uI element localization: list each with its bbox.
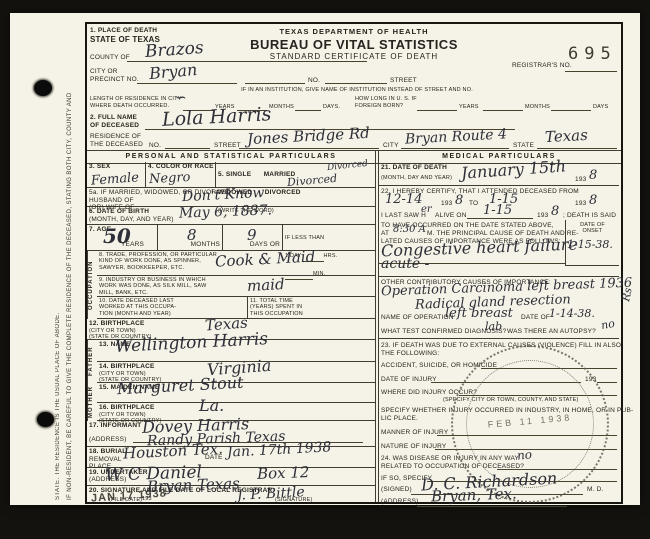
row-industry: 9. INDUSTRY OR BUSINESS IN WHICH WORK WA… <box>97 276 375 297</box>
length-residence-label1: LENGTH OF RESIDENCE IN CITY <box>90 96 182 102</box>
from-year: 8 <box>455 193 463 208</box>
fullname-label2: OF DECEASED <box>90 122 139 130</box>
lastsaw-value: 1-15 <box>483 203 512 218</box>
md-label: M. D. <box>587 486 604 494</box>
signed-address-value: Bryan, Tex. <box>431 485 517 506</box>
res-months-label: MONTHS <box>269 104 294 110</box>
us-long-label1: HOW LONG IN U. S. IF <box>355 96 417 102</box>
res-state-value: Texas <box>545 126 589 146</box>
res-street-label: STREET <box>214 142 241 150</box>
scanned-death-certificate: STATE. THE RESIDENCE IS THE USUAL PLACE … <box>0 0 650 539</box>
residence-label1: RESIDENCE OF <box>90 133 141 141</box>
injury-date-label: DATE OF INJURY <box>381 376 437 384</box>
dod-label1: 21. DATE OF DEATH <box>381 164 447 172</box>
lastsaw-er: er <box>421 204 432 215</box>
less-than-label1: IF LESS THAN <box>285 235 324 241</box>
undertaker-address-value: Bryan Texas <box>147 474 240 495</box>
industry-label3: MILL, BANK, ETC. <box>99 290 373 296</box>
from-193: 193 <box>441 200 452 208</box>
us-days-label: DAYS <box>593 104 608 110</box>
precinct-label: PRECINCT NO. <box>90 76 139 84</box>
dob-value: May 6, 1887. <box>179 202 272 221</box>
autopsy-value: no <box>600 317 616 332</box>
house-no-label: NO. <box>308 77 320 85</box>
age-days-value: 9 <box>247 226 257 244</box>
cause2-value: acute - <box>381 256 429 272</box>
to-year: 8 <box>589 193 597 208</box>
totaltime-cell: 11. TOTAL TIME (YEARS) SPENT IN THIS OCC… <box>247 297 375 318</box>
occupation-strip-label: OCCUPATION <box>87 251 97 319</box>
county-value: Brazos <box>144 38 204 62</box>
undertaker-box-value: Box 12 <box>257 463 310 483</box>
res-days-line <box>295 103 321 111</box>
age-value: 50 <box>103 224 131 248</box>
test-value: lab <box>485 320 502 333</box>
test-rule <box>379 338 619 339</box>
street-blank-line <box>325 76 387 84</box>
dod-year: 8 <box>589 168 597 183</box>
to-193: 193 <box>575 200 586 208</box>
registrar-no-line <box>565 64 617 72</box>
lastsaw-label1: I LAST SAW H <box>381 212 426 220</box>
signed-label: (SIGNED) <box>381 486 412 494</box>
mother-strip-label: MOTHER <box>87 383 97 421</box>
residence-label2: THE DECEASED <box>90 141 143 149</box>
county-label: COUNTY OF <box>90 54 130 62</box>
signed-address-label: (ADDRESS) <box>381 498 419 506</box>
attended-from-value: 12-14 <box>385 192 422 207</box>
margin-note-line1: IF NON-RESIDENT, BE CAREFUL TO GIVE THE … <box>67 92 73 500</box>
residence-length-scribble: ∽ <box>175 90 187 106</box>
us-days-line <box>551 103 591 111</box>
res-days-label: DAYS. <box>323 104 340 110</box>
lastsaw-year: 8 <box>551 204 559 219</box>
medical-column: 21. DATE OF DEATH (MONTH, DAY AND YEAR) … <box>379 162 619 502</box>
autopsy-label: WAS THERE AN AUTOPSY? <box>507 328 596 336</box>
mother-bp-label1: 16. BIRTHPLACE <box>99 404 373 412</box>
lastsaw-label2: ALIVE ON <box>435 212 467 220</box>
dept-title: TEXAS DEPARTMENT OF HEALTH <box>234 28 474 37</box>
certificate-title: STANDARD CERTIFICATE OF DEATH <box>234 52 474 61</box>
house-no-blank-line <box>245 76 305 84</box>
medical-section-title: MEDICAL PARTICULARS <box>377 153 621 160</box>
age-months-value: 8 <box>187 226 197 244</box>
to-label: TO <box>469 200 478 208</box>
us-months-label: MONTHS <box>525 104 550 110</box>
operation-value: left breast <box>445 306 513 321</box>
specify-label2: LIC PLACE. <box>381 415 418 423</box>
at-value: 8:30 A <box>393 224 426 235</box>
place-of-death-label: 1. PLACE OF DEATH <box>90 27 157 35</box>
injury-year-line <box>597 375 617 383</box>
length-residence-label2: WHERE DEATH OCCURRED. <box>90 103 169 109</box>
dod-rule <box>379 185 619 186</box>
margin-note: STATE. THE RESIDENCE IS THE USUAL PLACE … <box>52 24 78 500</box>
lastsaw-label3: ; DEATH IS SAID <box>563 212 616 220</box>
bureau-title: BUREAU OF VITAL STATISTICS <box>219 37 489 52</box>
informant-address-label: (ADDRESS) <box>89 436 127 444</box>
registrar-no-value: 695 <box>568 44 617 64</box>
opdate-value: 1-14-38. <box>549 307 595 320</box>
us-long-label2: FOREIGN BORN? <box>355 103 403 109</box>
city-or-label: CITY OR <box>90 68 118 76</box>
fullname-label1: 2. FULL NAME <box>90 114 137 122</box>
res-no-line <box>165 141 210 149</box>
mother-bp-value: La. <box>199 396 224 415</box>
dod-label2: (MONTH, DAY AND YEAR) <box>381 175 452 181</box>
external-label1: 23. IF DEATH WAS DUE TO EXTERNAL CAUSES … <box>381 342 621 350</box>
external-label2: THE FOLLOWING: <box>381 350 439 358</box>
res-city-label: CITY <box>383 142 399 150</box>
opdate-label: DATE OF <box>521 314 550 322</box>
us-years-line <box>417 103 457 111</box>
age-less-cell: IF LESS THAN 1 DAYHRS. MIN. <box>282 225 375 250</box>
disease-value: no <box>516 447 532 462</box>
institution-note: IF IN AN INSTITUTION, GIVE NAME OF INSTI… <box>207 87 507 93</box>
street-label: STREET <box>390 77 417 85</box>
at-label: AT <box>381 230 389 238</box>
us-months-line <box>483 103 523 111</box>
certificate-form: 1. PLACE OF DEATH STATE OF TEXAS COUNTY … <box>85 22 623 504</box>
industry-value: maid <box>247 275 285 295</box>
totaltime-label3: THIS OCCUPATION <box>250 311 373 317</box>
marital-label-single: 5. SINGLE <box>218 171 251 178</box>
registrar-no-label: REGISTRAR'S NO. <box>512 62 572 70</box>
personal-section-title: PERSONAL AND STATISTICAL PARTICULARS <box>87 153 375 160</box>
dod-193: 193 <box>575 176 586 184</box>
punch-hole-top <box>34 80 52 96</box>
margin-note-line2: STATE. THE RESIDENCE IS THE USUAL PLACE … <box>55 312 61 500</box>
res-state-label: STATE <box>513 142 534 150</box>
lastsaw-193: 193 <box>537 212 548 220</box>
operation-label: NAME OF OPERATION <box>381 314 454 322</box>
res-no-label: NO. <box>149 142 161 150</box>
us-years-label: YEARS <box>459 104 479 110</box>
father-strip-label: FATHER <box>87 340 97 383</box>
race-value: Negro <box>149 170 191 187</box>
